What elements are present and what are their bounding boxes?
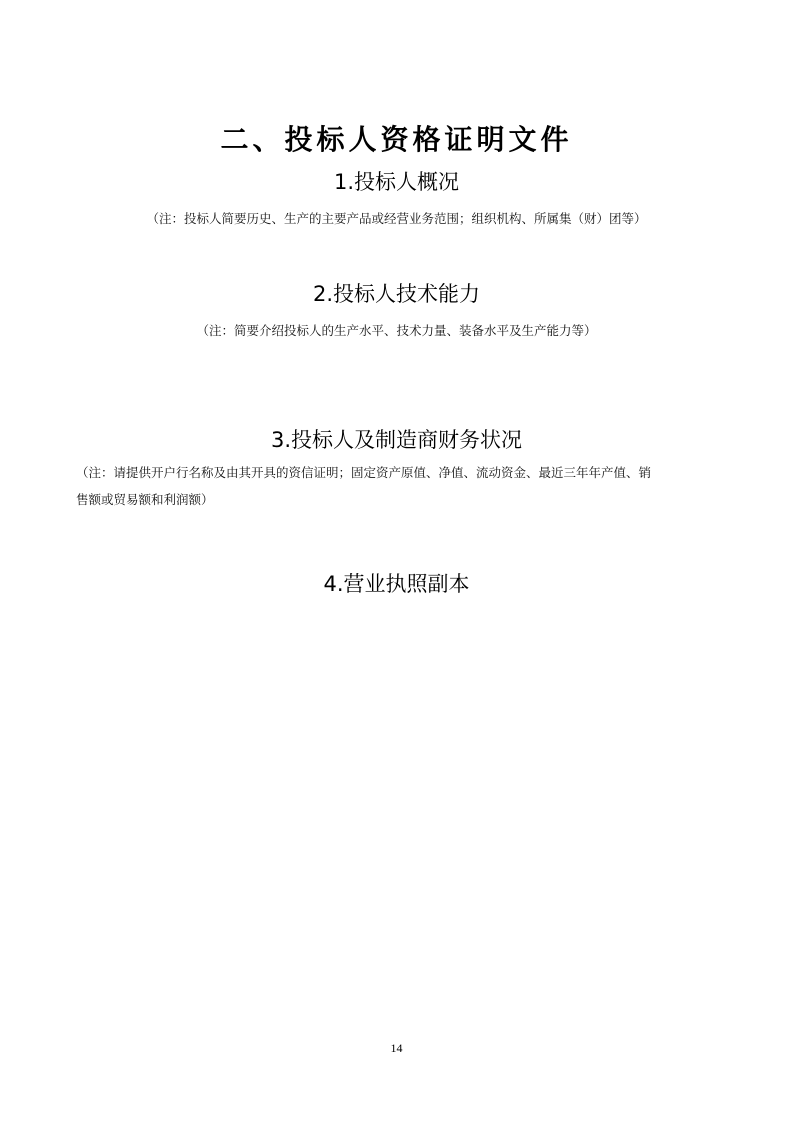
section-note-financial-status-line1: （注：请提供开户行名称及由其开具的资信证明；固定资产原值、净值、流动资金、最近三… — [76, 460, 722, 486]
section-heading-business-license: 4.营业执照副本 — [0, 570, 793, 598]
section-heading-overview: 1.投标人概况 — [0, 168, 793, 196]
main-title: 二、投标人资格证明文件 — [0, 122, 793, 158]
section-heading-financial-status: 3.投标人及制造商财务状况 — [0, 426, 793, 454]
page-number: 14 — [0, 1040, 793, 1056]
section-heading-technical-capability: 2.投标人技术能力 — [0, 280, 793, 308]
section-note-overview: （注：投标人简要历史、生产的主要产品或经营业务范围；组织机构、所属集（财）团等） — [0, 206, 793, 232]
section-note-technical-capability: （注：简要介绍投标人的生产水平、技术力量、装备水平及生产能力等） — [0, 318, 793, 344]
document-page: 二、投标人资格证明文件 1.投标人概况 （注：投标人简要历史、生产的主要产品或经… — [0, 0, 793, 1122]
section-note-financial-status-line2: 售额或贸易额和利润额） — [76, 487, 722, 513]
